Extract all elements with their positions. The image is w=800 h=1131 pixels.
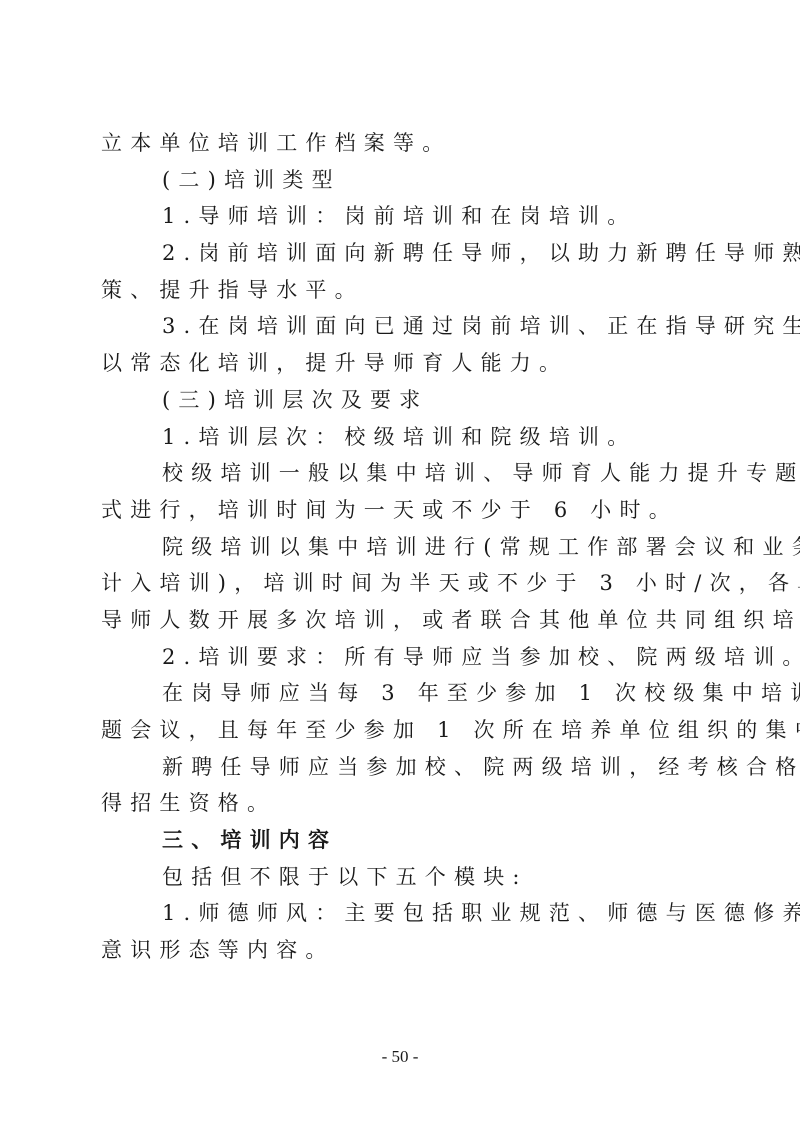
page-number: - 50 -	[0, 1047, 800, 1067]
text-line: 1.导师培训：岗前培训和在岗培训。	[101, 198, 701, 235]
text-line: 得招生资格。	[101, 785, 701, 822]
text-line: 题会议，且每年至少参加 1 次所在培养单位组织的集中培训。	[101, 712, 701, 749]
text-line: 1.师德师风：主要包括职业规范、师德与医德修养、宗教及	[101, 895, 701, 932]
text-line: 以常态化培训，提升导师育人能力。	[101, 345, 701, 382]
text-line: 策、提升指导水平。	[101, 272, 701, 309]
text-line: 在岗导师应当每 3 年至少参加 1 次校级集中培训或者 2 次专	[101, 675, 701, 712]
text-line: 院级培训以集中培训进行(常规工作部署会议和业务培训不	[101, 529, 701, 566]
chapter-heading-training-content: 三、培训内容	[101, 822, 701, 859]
text-line: 计入培训)，培训时间为半天或不少于 3 小时/次，各单位可根据	[101, 565, 701, 602]
text-line: 包括但不限于以下五个模块:	[101, 859, 701, 896]
text-line: 3.在岗培训面向已通过岗前培训、正在指导研究生的导师，	[101, 308, 701, 345]
text-line: 立本单位培训工作档案等。	[101, 125, 701, 162]
text-line: 2.岗前培训面向新聘任导师，以助力新聘任导师熟悉教育政	[101, 235, 701, 272]
document-body: 立本单位培训工作档案等。 (二)培训类型 1.导师培训：岗前培训和在岗培训。 2…	[101, 125, 701, 969]
document-page: 立本单位培训工作档案等。 (二)培训类型 1.导师培训：岗前培训和在岗培训。 2…	[0, 0, 800, 1131]
text-line: 1.培训层次：校级培训和院级培训。	[101, 419, 701, 456]
text-line: 意识形态等内容。	[101, 932, 701, 969]
text-line: 校级培训一般以集中培训、导师育人能力提升专题会议等方	[101, 455, 701, 492]
text-line: 导师人数开展多次培训，或者联合其他单位共同组织培训工作。	[101, 602, 701, 639]
text-line: 式进行，培训时间为一天或不少于 6 小时。	[101, 492, 701, 529]
section-heading-training-types: (二)培训类型	[101, 162, 701, 199]
text-line: 新聘任导师应当参加校、院两级培训，经考核合格后方可获	[101, 749, 701, 786]
section-heading-training-levels: (三)培训层次及要求	[101, 382, 701, 419]
text-line: 2.培训要求：所有导师应当参加校、院两级培训。	[101, 639, 701, 676]
